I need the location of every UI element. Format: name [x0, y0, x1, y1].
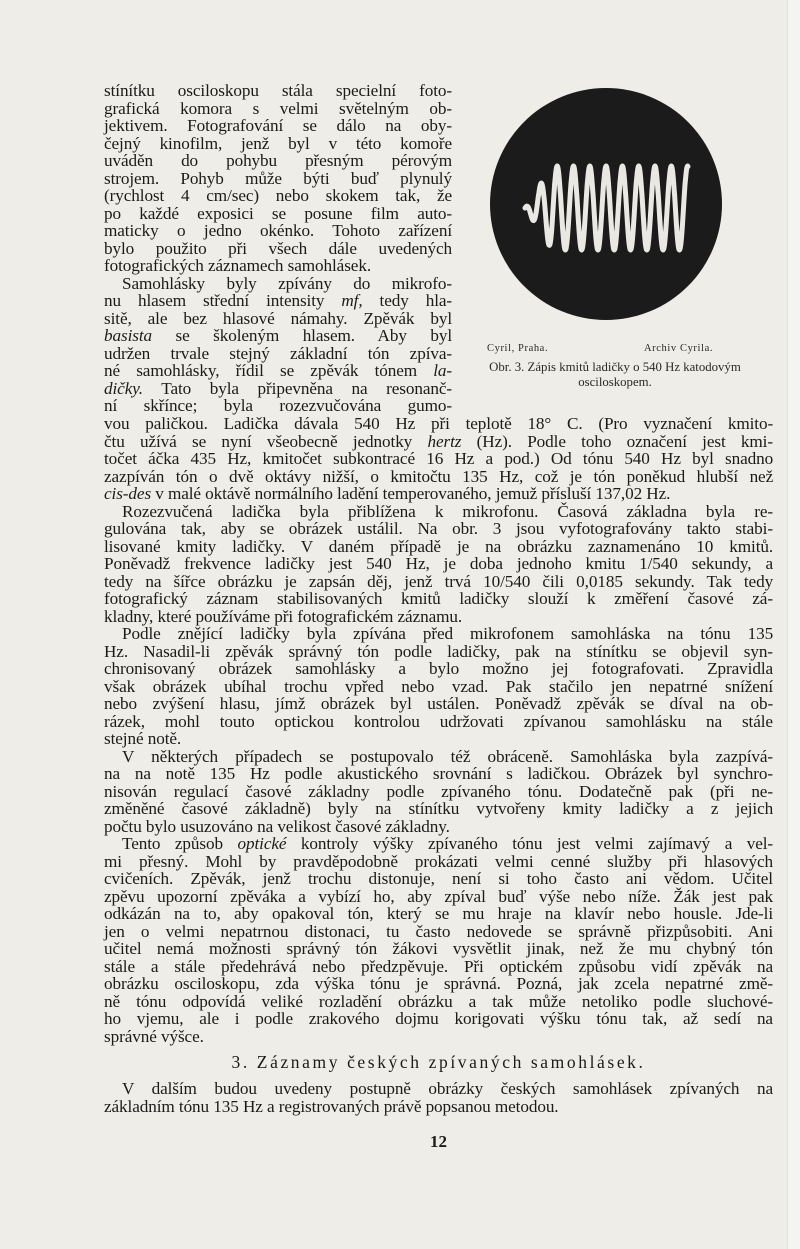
text-line: maticky o jedno okénko. Tohoto zařízení — [104, 222, 452, 240]
text-line: počtu bylo usuzováno na velikost časové … — [104, 818, 773, 836]
oscilloscope-screen — [490, 88, 722, 320]
text-line: fotografický záznam stabilisovaných kmit… — [104, 590, 773, 608]
text-line: (rychlost 4 cm/sec) nebo skokem tak, že — [104, 187, 452, 205]
text-line: čtu užívá se nyní všeobecně jednotky her… — [104, 433, 773, 451]
text-line: základním tónu 135 Hz a registrovaných p… — [104, 1098, 773, 1116]
text-line: uváděn do pohybu přesným pérovým — [104, 152, 452, 170]
figure-credit-right: Archiv Cyrila. — [644, 343, 713, 354]
text-line: jen o velmi nepatrnou distonaci, tu čast… — [104, 923, 773, 941]
text-line: dičky. Tato byla připevněna na resonanč- — [104, 380, 452, 398]
text-line: V dalším budou uvedeny postupně obrázky … — [104, 1080, 773, 1098]
text-line: obrázku osciloskopu, zda výška tónu je s… — [104, 975, 773, 993]
figure-caption: Obr. 3. Zápis kmitů ladičky o 540 Hz kat… — [452, 360, 778, 390]
figure-caption-line-2: osciloskopem. — [452, 375, 778, 390]
text-line: mi přesný. Mohl by pravděpodobně prokáza… — [104, 853, 773, 871]
text-line: však obrázek ubíhal trochu vpřed nebo vz… — [104, 678, 773, 696]
text-line: né samohlásky, řídil se zpěvák tónem la- — [104, 362, 452, 380]
text-line: správné výšce. — [104, 1028, 773, 1046]
text-line: lisované kmity ladičky. V daném případě … — [104, 538, 773, 556]
text-line: zazpíván tón o dvě oktávy nižší, o kmito… — [104, 468, 773, 486]
text-line: odkázán na to, aby opakoval tón, který s… — [104, 905, 773, 923]
text-line: Podle znějící ladičky byla zpívána před … — [104, 625, 773, 643]
text-line: zpěvu upozorní zpěváka a vybízí ho, aby … — [104, 888, 773, 906]
text-line: nebo zvýšení hlasu, jímž obrázek byl ust… — [104, 695, 773, 713]
text-line: stále a stále předehrává nebo předzpěvuj… — [104, 958, 773, 976]
oscilloscope-figure — [489, 87, 723, 321]
text-line: grafická komora s velmi světelným ob- — [104, 100, 452, 118]
text-line: basista se školeným hlasem. Aby byl — [104, 327, 452, 345]
text-line: sitě, ale bez hlasové námahy. Zpěvák byl — [104, 310, 452, 328]
text-line: nu hlasem střední intensity mf, tedy hla… — [104, 292, 452, 310]
text-line: cis-des v malé oktávě normálního ladění … — [104, 485, 773, 503]
text-line: cvičeních. Zpěvák, jenž trochu distonuje… — [104, 870, 773, 888]
oscilloscope-trace-image — [489, 87, 723, 321]
text-line: Poněvadž frekvence ladičky jest 540 Hz, … — [104, 555, 773, 573]
text-line: čejný kinofilm, jenž byl v této komoře — [104, 135, 452, 153]
text-line: rázek, mohl touto optickou kontrolou udr… — [104, 713, 773, 731]
text-line: změněné časové základně) byly na stínítk… — [104, 800, 773, 818]
text-line: ní skřínce; byla rozezvučována gumo- — [104, 397, 452, 415]
text-line: ho vjemu, ale i podle zrakového dojmu ko… — [104, 1010, 773, 1028]
text-line: tedy na šířce obrázku je zapsán děj, jen… — [104, 573, 773, 591]
page-edge — [787, 0, 800, 1249]
figure-credit-left: Cyril, Praha. — [487, 343, 548, 354]
text-line: stejné notě. — [104, 730, 773, 748]
text-line: vou paličkou. Ladička dávala 540 Hz při … — [104, 415, 773, 433]
text-line: ně tónu odpovídá veliké rozladění obrázk… — [104, 993, 773, 1011]
text-line: Tento způsob optické kontroly výšky zpív… — [104, 835, 773, 853]
text-line: po každé exposici se posune film auto- — [104, 205, 452, 223]
text-line: stínítku osciloskopu stála specielní fot… — [104, 82, 452, 100]
text-line: udržen trvale stejný základní tón zpíva- — [104, 345, 452, 363]
text-line: strojem. Pohyb může býti buď plynulý — [104, 170, 452, 188]
text-line: na na notě 135 Hz podle akustického srov… — [104, 765, 773, 783]
text-line: Samohlásky byly zpívány do mikrofo- — [104, 275, 452, 293]
text-line: jektivem. Fotografování se dálo na oby- — [104, 117, 452, 135]
text-line: kladny, které používáme při fotografické… — [104, 608, 773, 626]
text-line: Hz. Nasadil-li zpěvák správný tón podle … — [104, 643, 773, 661]
text-line: točet áčka 435 Hz, kmitočet subkontracé … — [104, 450, 773, 468]
text-line: nisován regulací časové základny podle z… — [104, 783, 773, 801]
text-line: Rozezvučená ladička byla přiblížena k mi… — [104, 503, 773, 521]
section-heading: 3. Záznamy českých zpívaných samohlásek. — [104, 1052, 773, 1073]
text-line: bylo použito při všech dále uvedených — [104, 240, 452, 258]
figure-caption-line-1: Obr. 3. Zápis kmitů ladičky o 540 Hz kat… — [452, 360, 778, 375]
text-line: gulována tak, aby se obrázek ustálil. Na… — [104, 520, 773, 538]
text-line: chronisovaný obrázek samohlásky a bylo m… — [104, 660, 773, 678]
page-number: 12 — [104, 1132, 773, 1152]
text-line: fotografických záznamech samohlásek. — [104, 257, 452, 275]
text-line: učitel nemá možnosti správný tón žákovi … — [104, 940, 773, 958]
text-line: V některých případech se postupovalo též… — [104, 748, 773, 766]
